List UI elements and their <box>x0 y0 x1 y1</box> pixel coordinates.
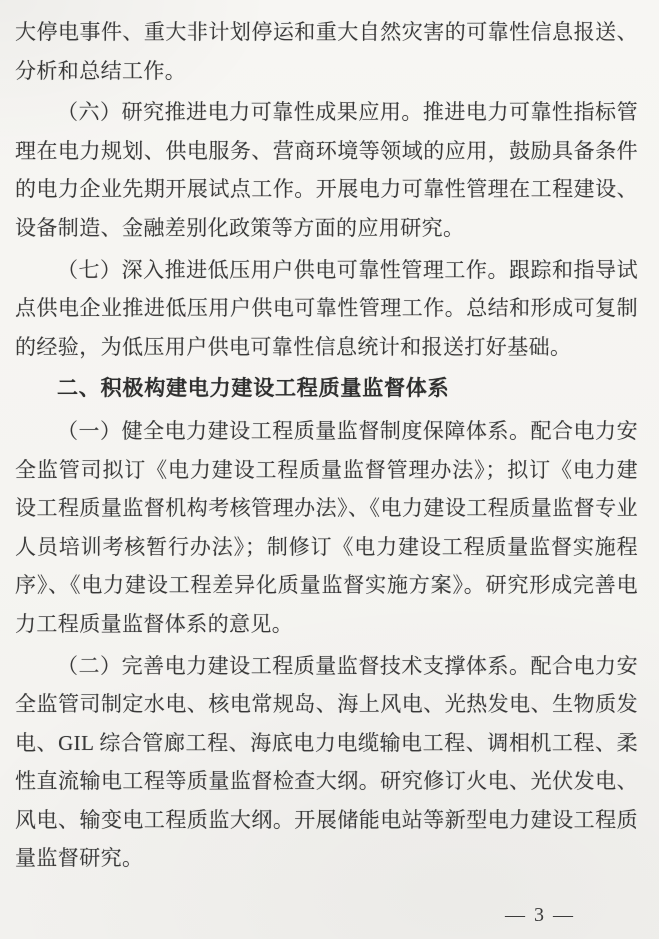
paragraph-item-7: （七）深入推进低压用户供电可靠性管理工作。跟踪和指导试点供电企业推进低压用户供电… <box>15 251 638 367</box>
paragraph-item-1: （一）健全电力建设工程质量监督制度保障体系。配合电力安全监管司拟订《电力建设工程… <box>15 412 638 644</box>
paragraph-continuation: 大停电事件、重大非计划停运和重大自然灾害的可靠性信息报送、分析和总结工作。 <box>15 13 638 90</box>
section-heading-2: 二、积极构建电力建设工程质量监督体系 <box>15 370 638 409</box>
paragraph-item-6: （六）研究推进电力可靠性成果应用。推进电力可靠性指标管理在电力规划、供电服务、营… <box>15 93 638 247</box>
document-page: 大停电事件、重大非计划停运和重大自然灾害的可靠性信息报送、分析和总结工作。 （六… <box>0 0 659 939</box>
page-number: — 3 — <box>500 902 580 928</box>
document-body: 大停电事件、重大非计划停运和重大自然灾害的可靠性信息报送、分析和总结工作。 （六… <box>15 13 638 878</box>
paragraph-item-2: （二）完善电力建设工程质量监督技术支撑体系。配合电力安全监管司制定水电、核电常规… <box>15 647 638 879</box>
